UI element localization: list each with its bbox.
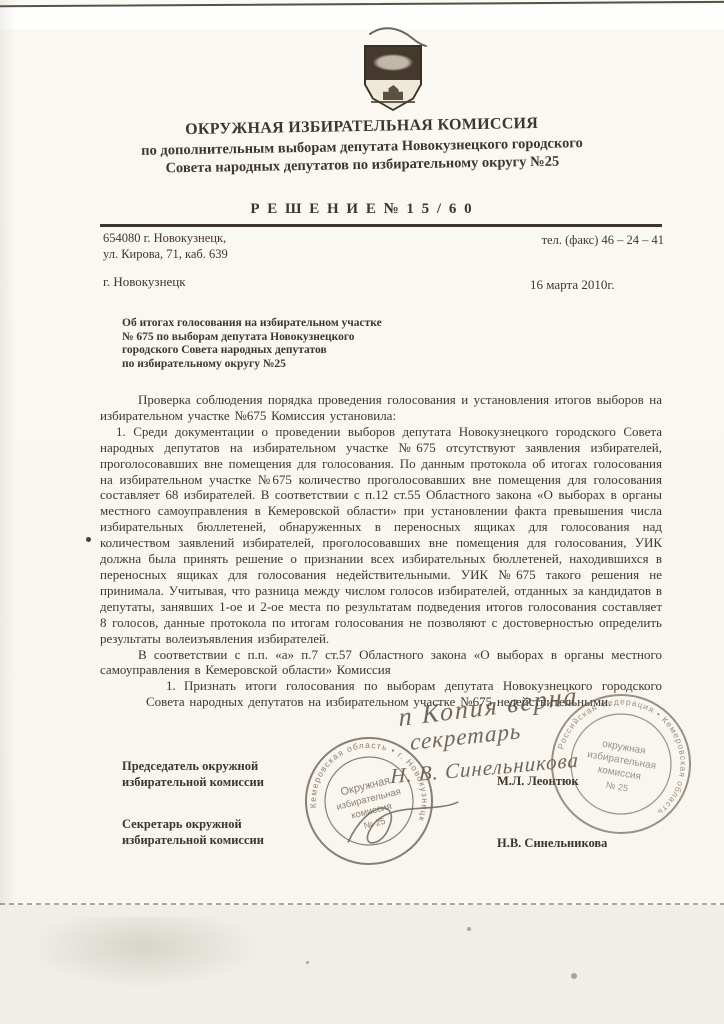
secretary-role-line1: Секретарь окружной [122,816,264,832]
stamp-right-line4: № 25 [605,780,629,794]
decision-title: Р Е Ш Е Н И Е № 1 5 / 6 0 [0,201,724,218]
svg-text:Российская Федерация • Кемер: Российская Федерация • Кемеровская облас… [547,686,700,821]
secretary-role: Секретарь окружной избирательной комисси… [122,816,264,848]
dust-speck [571,973,577,979]
scanner-edge-strip [0,5,724,29]
subject-line-4: по избирательному округу №25 [122,358,382,372]
body-paragraph-3: В соответствии с п.п. «а» п.7 ст.57 Обла… [100,647,662,679]
dust-speck [467,927,471,931]
letterhead-divider [100,224,662,227]
org-phone: тел. (факс) 46 – 24 – 41 [542,233,664,248]
stamp-right-ring-text: Российская Федерация • Кемеровская облас… [547,686,700,821]
smudge-blotch [40,917,270,992]
novokuznetsk-coat-of-arms-icon [364,45,422,111]
resolution-item-number: 1. [128,678,176,694]
round-stamp-left: Кемеровская область • г. Новокузнецк Окр… [270,713,469,890]
org-address: 654080 г. Новокузнецк, ул. Кирова, 71, к… [103,230,228,262]
shield-ground-line [371,101,415,103]
chairman-role-line2: избирательной комиссии [122,774,264,790]
secretary-role-line2: избирательной комиссии [122,832,264,848]
subject-line-2: № 675 по выборам депутата Новокузнецкого [122,331,382,345]
subject-line-1: Об итогах голосования на избирательном у… [122,317,382,331]
dust-speck [306,961,309,964]
decision-body: Проверка соблюдения порядка проведения г… [100,392,662,710]
scan-bed-area [0,905,724,1024]
issue-date: 16 марта 2010г. [530,277,614,293]
margin-dot-artifact [86,537,91,542]
scanned-document-page: ОКРУЖНАЯ ИЗБИРАТЕЛЬНАЯ КОМИССИЯ по допол… [0,0,724,1024]
chairman-role: Председатель окружной избирательной коми… [122,758,264,790]
address-line-2: ул. Кирова, 71, каб. 639 [103,246,228,262]
chairman-role-line1: Председатель окружной [122,758,264,774]
subject-line-3: городского Совета народных депутатов [122,344,382,358]
horse-figure [373,54,413,71]
address-line-1: 654080 г. Новокузнецк, [103,230,228,246]
body-paragraph-2: 1. Среди документации о проведении выбор… [100,424,662,647]
body-paragraph-1: Проверка соблюдения порядка проведения г… [100,392,662,424]
document-header: ОКРУЖНАЯ ИЗБИРАТЕЛЬНАЯ КОМИССИЯ по допол… [0,112,724,181]
issue-city: г. Новокузнецк [103,274,186,290]
round-stamp-right: Российская Федерация • Кемеровская облас… [521,672,721,856]
decision-subject: Об итогах голосования на избирательном у… [122,317,382,371]
